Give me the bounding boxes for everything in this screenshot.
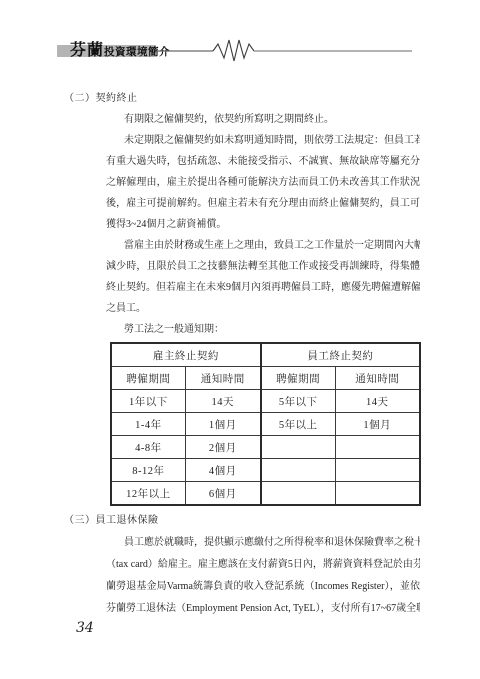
paragraph: 當雇主由於財務或生產上之理由，致員工之工作量於一定期間內大幅減少時，且限於員工之… [106, 235, 420, 319]
paragraph: 員工應於就職時，提供顯示應繳付之所得稅率和退休保險費率之稅卡（tax card）… [106, 532, 420, 620]
table-cell: 1個月 [335, 413, 420, 436]
table-cell [335, 459, 420, 482]
table-cell: 4-8年 [111, 436, 185, 459]
table-row: 1-4年 1個月 5年以上 1個月 [111, 413, 420, 436]
table-group-header: 雇主終止契約 [111, 343, 261, 367]
table-row: 4-8年 2個月 [111, 436, 420, 459]
table-cell: 5年以下 [261, 390, 335, 413]
paragraph: 勞工法之一般通知期： [106, 319, 420, 340]
notice-period-table: 雇主終止契約 員工終止契約 聘僱期間 通知時間 聘僱期間 通知時間 1年以下 1… [110, 342, 421, 506]
text-line: 員工應於就職時，提供顯示應繳付之所得稅率和退休保險費率之稅卡 [106, 532, 420, 554]
text-line: 之解僱理由，雇主於提出各種可能解決方法而員工仍未改善其工作狀況 [106, 172, 420, 193]
table-header-cell: 聘僱期間 [111, 367, 185, 390]
table-cell: 14天 [335, 390, 420, 413]
table-header-cell: 通知時間 [185, 367, 261, 390]
text-line: 當雇主由於財務或生產上之理由，致員工之工作量於一定期間內大幅 [106, 235, 420, 256]
table-group-header: 員工終止契約 [261, 343, 420, 367]
table-cell: 12年以上 [111, 482, 185, 506]
paragraph: 未定期限之僱傭契約如未寫明通知時間，則依勞工法規定：但員工若有重大過失時，包括疏… [106, 130, 420, 235]
page-number: 34 [76, 620, 94, 636]
book-title: 芬蘭投資環境簡介 [70, 37, 170, 57]
page-content: （二）契約終止 有期限之僱傭契約，依契約所寫明之期間終止。 未定期限之僱傭契約如… [64, 88, 420, 620]
table-cell: 8-12年 [111, 459, 185, 482]
section-heading: （二）契約終止 [64, 88, 420, 109]
document-page: 芬蘭投資環境簡介 （二）契約終止 有期限之僱傭契約，依契約所寫明之期間終止。 未… [0, 0, 480, 679]
book-title-main: 芬蘭 [70, 37, 104, 60]
text-line: （tax card）給雇主。雇主應該在支付薪資5日內，將薪資資料登記於由芬 [106, 554, 420, 576]
text-line: 勞工法之一般通知期： [106, 319, 420, 340]
text-line: 蘭勞退基金局Varma統籌負責的收入登記系統（Incomes Register）… [106, 576, 420, 598]
table-row: 8-12年 4個月 [111, 459, 420, 482]
table-cell: 14天 [185, 390, 261, 413]
pulse-zigzag-icon [213, 40, 254, 61]
table-cell [261, 482, 335, 506]
section-contract-termination: （二）契約終止 有期限之僱傭契約，依契約所寫明之期間終止。 未定期限之僱傭契約如… [64, 88, 420, 340]
table-cell: 4個月 [185, 459, 261, 482]
table-header-cell: 聘僱期間 [261, 367, 335, 390]
text-line: 後，雇主可提前解約。但雇主若未有充分理由而終止僱傭契約，員工可 [106, 193, 420, 214]
table-header-row: 聘僱期間 通知時間 聘僱期間 通知時間 [111, 367, 420, 390]
header-rule [156, 38, 413, 64]
table-cell [335, 436, 420, 459]
text-line: 芬蘭勞工退休法（Employment Pension Act, TyEL），支付… [106, 598, 420, 620]
text-line: 有期限之僱傭契約，依契約所寫明之期間終止。 [106, 109, 420, 130]
table-cell: 2個月 [185, 436, 261, 459]
table-row: 12年以上 6個月 [111, 482, 420, 506]
table-cell: 1年以下 [111, 390, 185, 413]
table-header-cell: 通知時間 [335, 367, 420, 390]
table-cell: 1個月 [185, 413, 261, 436]
section-retirement-insurance: （三）員工退休保險 員工應於就職時，提供顯示應繳付之所得稅率和退休保險費率之稅卡… [64, 510, 420, 620]
text-line: 之員工。 [106, 298, 420, 319]
section-heading: （三）員工退休保險 [64, 510, 420, 532]
text-line: 終止契約。但若雇主在未來9個月內須再聘僱員工時，應優先聘僱遭解僱 [106, 277, 420, 298]
table-cell [335, 482, 420, 506]
text-line: 減少時，且限於員工之技藝無法轉至其他工作或接受再訓練時，得集體 [106, 256, 420, 277]
table-cell: 1-4年 [111, 413, 185, 436]
table-cell [261, 459, 335, 482]
table-cell [261, 436, 335, 459]
text-line: 獲得3~24個月之薪資補償。 [106, 214, 420, 235]
table-cell: 5年以上 [261, 413, 335, 436]
table-cell: 6個月 [185, 482, 261, 506]
table-row: 1年以下 14天 5年以下 14天 [111, 390, 420, 413]
paragraph: 有期限之僱傭契約，依契約所寫明之期間終止。 [106, 109, 420, 130]
text-line: 有重大過失時，包括疏忽、未能接受指示、不誠實、無故缺席等屬充分 [106, 151, 420, 172]
table-group-header-row: 雇主終止契約 員工終止契約 [111, 343, 420, 367]
text-line: 未定期限之僱傭契約如未寫明通知時間，則依勞工法規定：但員工若 [106, 130, 420, 151]
